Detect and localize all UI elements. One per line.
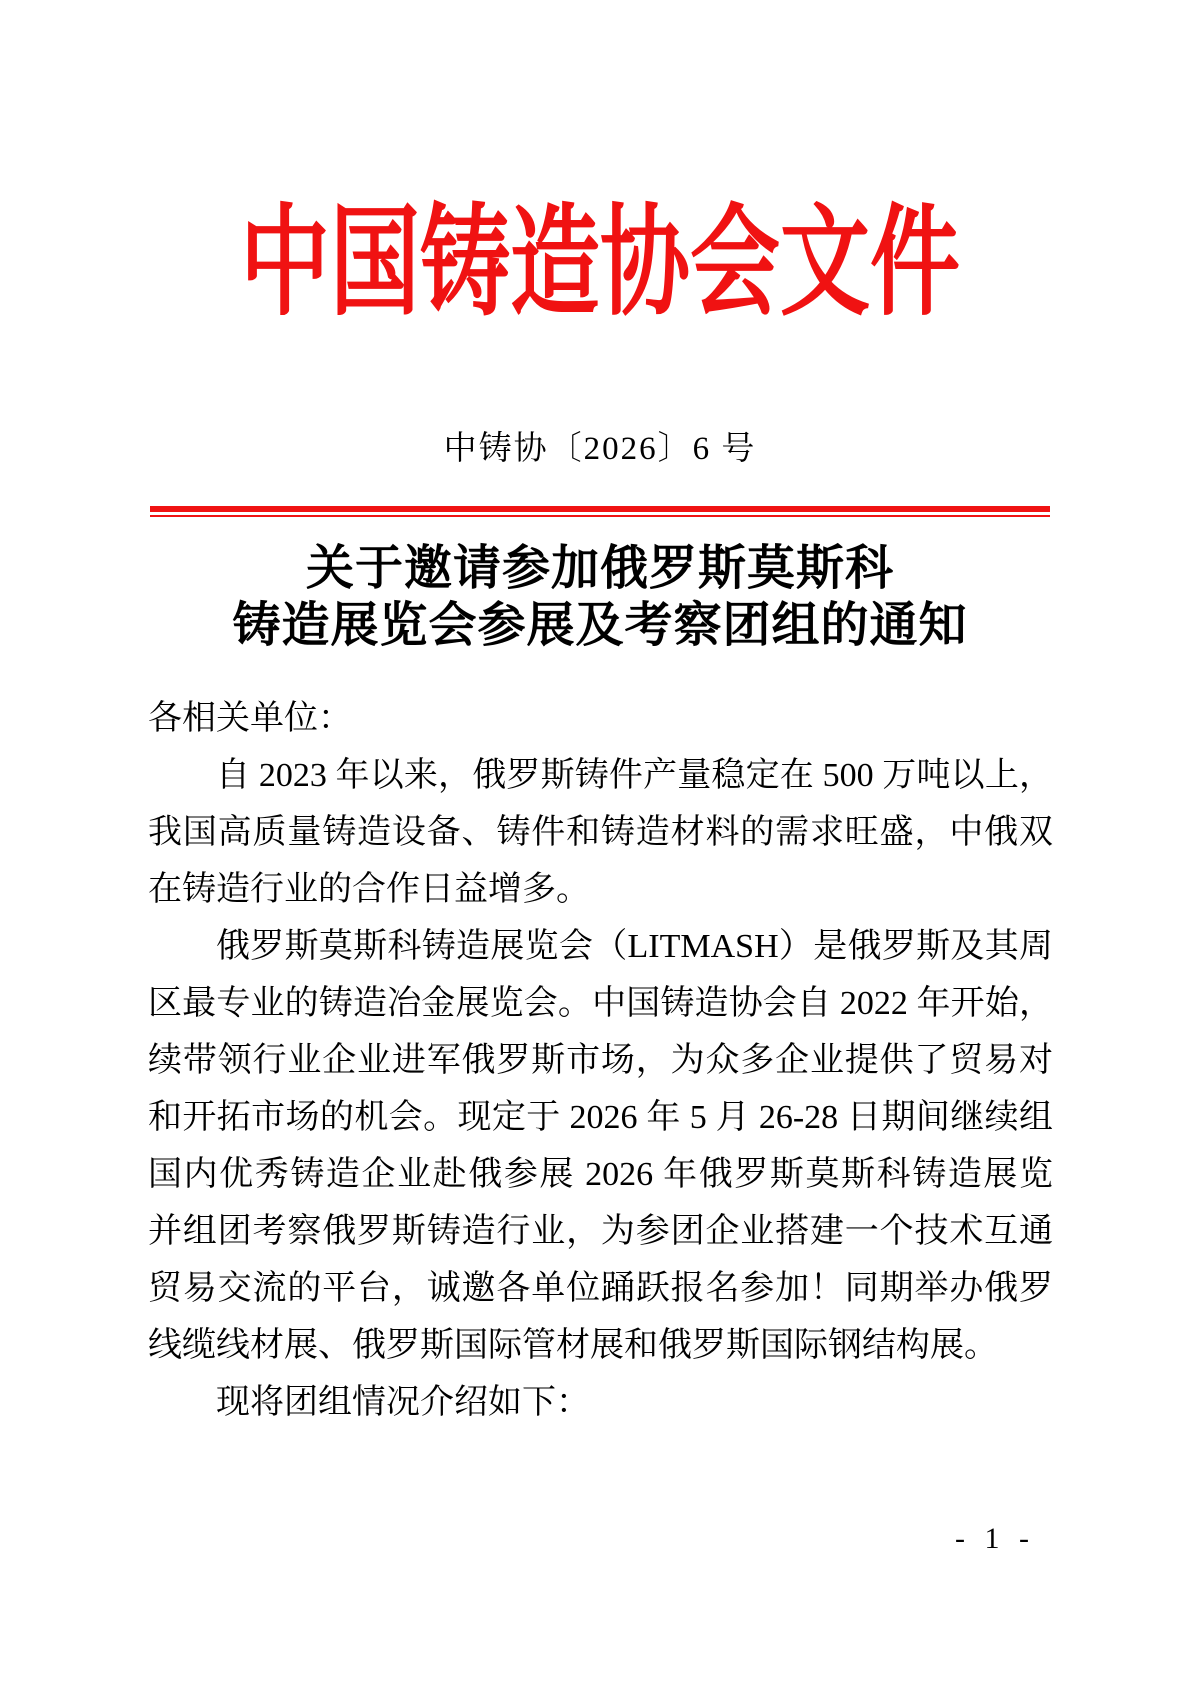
body-line: 贸易交流的平台，诚邀各单位踊跃报名参加！同期举办俄罗斯 — [148, 1260, 1053, 1317]
page-number: - 1 - — [955, 1522, 1035, 1555]
body-line: 并组团考察俄罗斯铸造行业，为参团企业搭建一个技术互通和 — [148, 1203, 1053, 1260]
body-line: 自 2023 年以来，俄罗斯铸件产量稳定在 500 万吨以上，对 — [148, 747, 1053, 804]
body-line: 线缆线材展、俄罗斯国际管材展和俄罗斯国际钢结构展。 — [148, 1317, 1053, 1374]
letterhead-title: 中国铸造协会文件 — [0, 220, 1200, 310]
body-line: 在铸造行业的合作日益增多。 — [148, 861, 1053, 918]
body-line: 我国高质量铸造设备、铸件和铸造材料的需求旺盛，中俄双方 — [148, 804, 1053, 861]
body-line: 俄罗斯莫斯科铸造展览会（LITMASH）是俄罗斯及其周边地 — [148, 918, 1053, 975]
document-page: 中国铸造协会文件 中铸协〔2026〕6 号 关于邀请参加俄罗斯莫斯科 铸造展览会… — [0, 0, 1200, 1697]
document-title-line2: 铸造展览会参展及考察团组的通知 — [0, 597, 1200, 654]
red-rule-thin-line — [150, 515, 1050, 517]
body-line: 国内优秀铸造企业赴俄参展 2026 年俄罗斯莫斯科铸造展览会， — [148, 1146, 1053, 1203]
document-body: 各相关单位： 自 2023 年以来，俄罗斯铸件产量稳定在 500 万吨以上，对我… — [148, 690, 1053, 1431]
body-lines: 自 2023 年以来，俄罗斯铸件产量稳定在 500 万吨以上，对我国高质量铸造设… — [148, 747, 1053, 1431]
body-line: 和开拓市场的机会。现定于 2026 年 5 月 26-28 日期间继续组织 — [148, 1089, 1053, 1146]
salutation: 各相关单位： — [148, 690, 1053, 747]
document-title: 关于邀请参加俄罗斯莫斯科 铸造展览会参展及考察团组的通知 — [0, 540, 1200, 654]
body-line: 现将团组情况介绍如下： — [148, 1374, 1053, 1431]
body-line: 续带领行业企业进军俄罗斯市场，为众多企业提供了贸易对接 — [148, 1032, 1053, 1089]
document-number: 中铸协〔2026〕6 号 — [0, 430, 1200, 470]
body-line: 区最专业的铸造冶金展览会。中国铸造协会自 2022 年开始，持 — [148, 975, 1053, 1032]
red-separator-rule — [150, 506, 1050, 517]
document-title-line1: 关于邀请参加俄罗斯莫斯科 — [0, 540, 1200, 597]
letterhead-title-text: 中国铸造协会文件 — [240, 205, 960, 325]
